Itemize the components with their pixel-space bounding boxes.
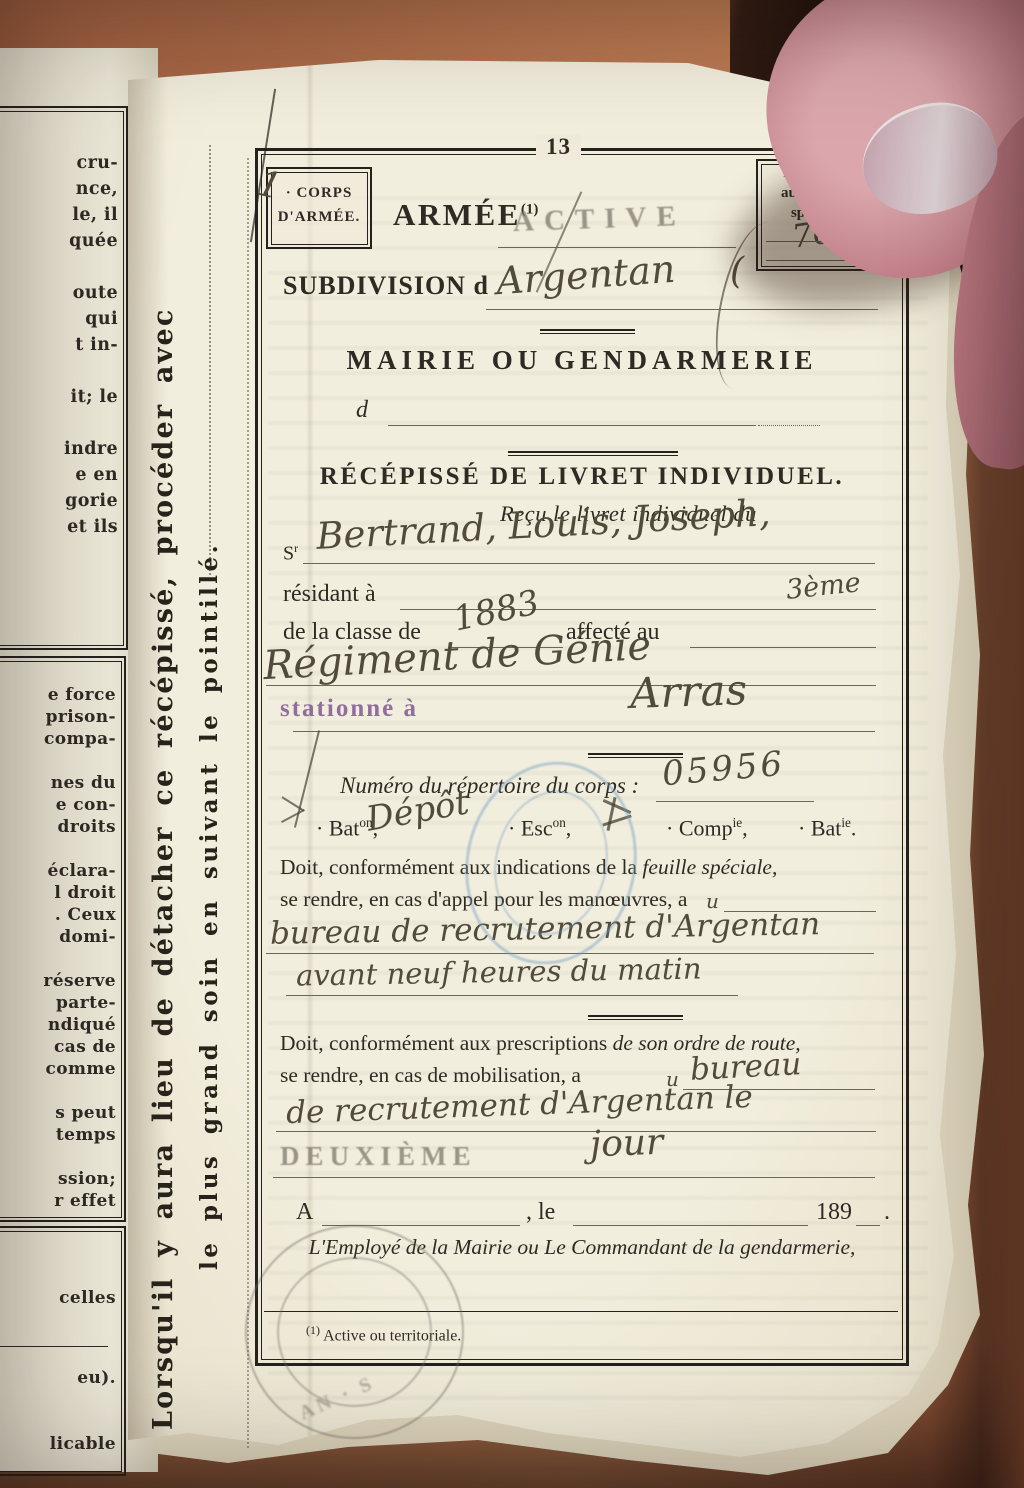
deuxieme-stamp: DEUXIÈME (280, 1141, 477, 1172)
underline (273, 1177, 875, 1178)
corps-box-line2: D'ARMÉE. (268, 209, 370, 226)
fragment-line: compa- (0, 728, 116, 750)
fragment-line (0, 1146, 116, 1168)
fragment-line: indre (0, 436, 118, 462)
fragment-line: prison- (0, 706, 116, 728)
underline (690, 647, 876, 648)
underline (498, 247, 736, 248)
signature-a-label: A (296, 1199, 313, 1226)
dotted-leader (209, 145, 211, 575)
fragment-line: droits (0, 816, 116, 838)
previous-page-box-bottom: celles eu). licable (0, 1226, 126, 1476)
fragment-line: t in- (0, 332, 118, 358)
fragment-line: celles (0, 1288, 128, 1308)
unit-comp: · Compie, (666, 815, 748, 841)
fragment-line (0, 254, 118, 280)
fragment-line: r effet (0, 1190, 116, 1212)
fragment-line (0, 358, 118, 384)
fragment-line (0, 948, 116, 970)
previous-page-box-top: cru- nce, le, il quée oute qui t in- it;… (0, 106, 128, 650)
fragment-line: nce, (0, 176, 118, 202)
sr-label: Sr (283, 541, 298, 566)
fragment-line (0, 410, 118, 436)
residant-label: résidant à (283, 581, 376, 608)
receipt-box-inner-border (261, 154, 903, 1360)
gray-round-stamp: AN · S (245, 1225, 464, 1439)
fragment-line: quée (0, 228, 118, 254)
fragment-line: ssion; (0, 1168, 116, 1190)
fragment-line: réserve (0, 970, 116, 992)
section-divider (588, 1015, 683, 1020)
fragment-line: parte- (0, 992, 116, 1014)
fragment-line: qui (0, 306, 118, 332)
fragment-line: it; le (0, 384, 118, 410)
mairie-title: MAIRIE OU GENDARMERIE (258, 345, 906, 376)
underline (388, 425, 756, 426)
stationne-stamp: stationné à (280, 695, 418, 723)
underline (656, 801, 814, 802)
fragment-line (0, 1080, 116, 1102)
fragment-line: e con- (0, 794, 116, 816)
section-divider (540, 329, 635, 334)
fragment-line: s peut (0, 1102, 116, 1124)
fragment-line: e en (0, 462, 118, 488)
armee-value-stamp: ACTIVE (512, 200, 686, 239)
blue-round-stamp-inner-ring (481, 780, 621, 946)
underline (266, 685, 876, 686)
underline (758, 425, 820, 426)
fragment-line: et ils (0, 514, 118, 540)
unit-batie: · Batie. (798, 815, 856, 841)
subdivision-label: SUBDIVISION d (283, 271, 489, 301)
signature-period: . (884, 1199, 890, 1226)
receipt-box: · CORPS D'ARMÉE. 1 ARMÉE(1) ACTIVE NUMER… (255, 148, 909, 1366)
signature-le-label: , le (526, 1199, 555, 1226)
section-divider (508, 451, 678, 456)
fragment-line: cas de (0, 1036, 116, 1058)
fragment-line: éclara- (0, 860, 116, 882)
fragment-line: l droit (0, 882, 116, 904)
mobilization-line2: se rendre, en cas de mobilisation, a (280, 1063, 581, 1088)
perforation-dotted-line (247, 158, 249, 1448)
stationne-value: Arras (629, 665, 748, 718)
page-number: 13 (536, 134, 581, 160)
fragment-line: . Ceux (0, 904, 116, 926)
fragment-line: nes du (0, 772, 116, 794)
fragment-line: licable (0, 1434, 128, 1454)
fragment-line: cru- (0, 150, 118, 176)
underline (303, 563, 875, 564)
fragment-line: gorie (0, 488, 118, 514)
underline (486, 309, 878, 310)
previous-page-box-middle: e force prison- compa- nes du e con- dro… (0, 656, 126, 1222)
underline (293, 731, 875, 732)
underline (573, 1225, 808, 1226)
mobilization-hw2: jour (589, 1122, 664, 1166)
fragment-line: eu). (0, 1368, 128, 1388)
fragment-line (0, 750, 116, 772)
mairie-d-label: d (356, 397, 368, 424)
underline (286, 995, 738, 996)
rule-line (0, 1346, 108, 1347)
signature-year: 189 (816, 1199, 852, 1226)
receipt-title: RÉCÉPISSÉ DE LIVRET INDIVIDUEL. (258, 463, 906, 491)
maneuvers-hw2: avant neuf heures du matin (296, 951, 702, 992)
fragment-line: e force (0, 684, 116, 706)
underline (856, 1225, 880, 1226)
fragment-line: temps (0, 1124, 116, 1146)
corps-box-line1: · CORPS (268, 185, 370, 202)
fragment-line: ndiqué (0, 1014, 116, 1036)
fragment-line (0, 838, 116, 860)
underline (276, 1131, 876, 1132)
fragment-line: oute (0, 280, 118, 306)
fragment-line: domi- (0, 926, 116, 948)
fragment-line: comme (0, 1058, 116, 1080)
photo-of-document: cru- nce, le, il quée oute qui t in- it;… (0, 0, 1024, 1488)
margin-note-line2: le plus grand soin en suivant le pointil… (196, 330, 232, 1270)
fragment-line: le, il (0, 202, 118, 228)
margin-note-line1: Lorsqu'il y aura lieu de détacher ce réc… (148, 120, 194, 1430)
